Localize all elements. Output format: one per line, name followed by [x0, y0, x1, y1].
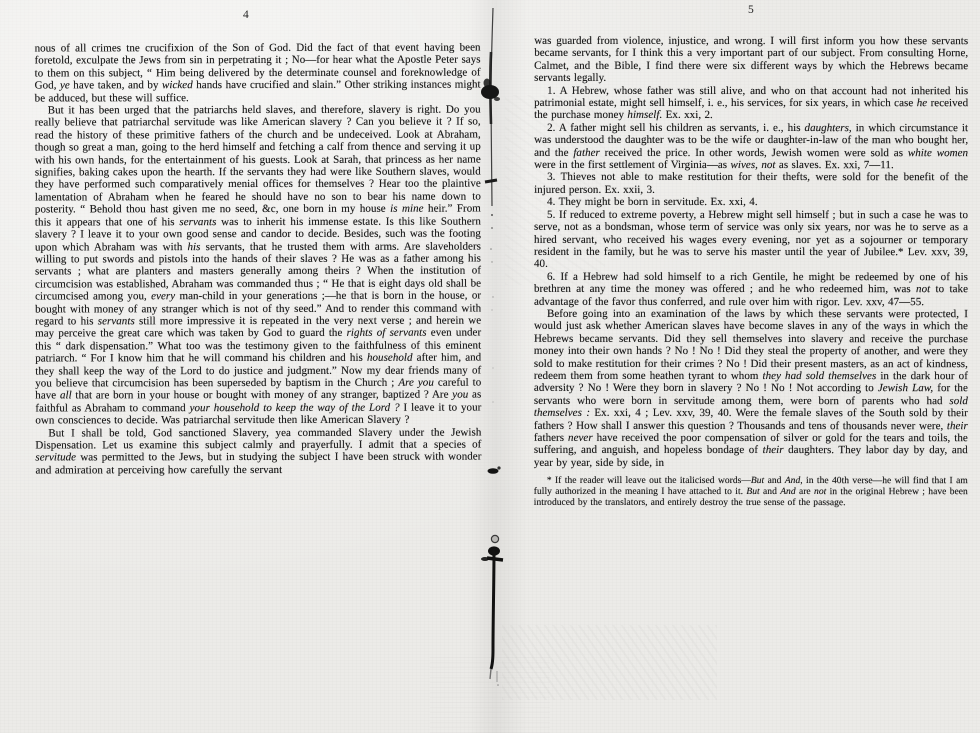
- text-run: were in the first settlement of Virginia…: [534, 159, 730, 171]
- list-item-4: 4. They might be born in servitude. Ex. …: [534, 196, 968, 209]
- italic-text-run: all: [60, 390, 72, 402]
- italic-text-run: is mine: [390, 203, 423, 215]
- paragraph: Before going into an examination of the …: [534, 308, 968, 470]
- text-run: fathers: [534, 432, 568, 444]
- italic-text-run: not: [814, 487, 826, 497]
- list-item-2: 2. A father might sell his children as s…: [534, 122, 968, 172]
- italic-text-run: servitude: [35, 452, 76, 464]
- right-page-text-column: was guarded from violence, injustice, an…: [534, 35, 968, 509]
- italic-text-run: Are you: [398, 377, 434, 389]
- italic-text-run: Jewish Law,: [878, 382, 933, 394]
- text-run: But it has been urged that the patriarch…: [35, 104, 481, 216]
- italic-text-run: white women: [908, 147, 968, 159]
- italic-text-run: And: [785, 476, 800, 486]
- italic-text-run: their: [947, 420, 968, 432]
- italic-text-run: never: [568, 432, 593, 444]
- italic-text-run: rights of servants: [347, 327, 427, 339]
- text-run: have taken, and by: [70, 79, 162, 91]
- text-run: * If the reader will leave out the itali…: [547, 476, 751, 486]
- text-run: received the price. In other words, Jewi…: [600, 147, 908, 159]
- italic-text-run: every: [151, 290, 175, 302]
- text-run: that are born in your house or bought wi…: [72, 389, 453, 402]
- paragraph: But it has been urged that the patriarch…: [35, 104, 482, 427]
- text-run: was permitted to the Jews, but in studyi…: [35, 451, 481, 476]
- scanned-paper-background: 4 5 nous of all crimes tne crucifixion o…: [0, 0, 980, 733]
- text-run: and: [760, 487, 781, 497]
- italic-text-run: But: [751, 476, 764, 486]
- italic-text-run: father: [573, 147, 600, 159]
- list-item-6: 6. If a Hebrew had sold himself to a ric…: [534, 271, 968, 309]
- text-run: and: [764, 476, 785, 486]
- text-run: Ex. xxi, 2.: [662, 109, 713, 121]
- text-run: 5. If reduced to extreme poverty, a Hebr…: [534, 209, 968, 271]
- text-run: are: [796, 487, 814, 497]
- italic-text-run: wicked: [162, 79, 193, 91]
- italic-text-run: ye: [60, 80, 70, 92]
- italic-text-run: himself.: [627, 109, 662, 121]
- paragraph: But I shall be told, God sanctioned Slav…: [35, 426, 481, 477]
- italic-text-run: wives, not: [731, 159, 776, 171]
- text-run: 6. If a Hebrew had sold himself to a ric…: [534, 271, 968, 296]
- binding-crease-ink-artifact: [460, 0, 520, 733]
- italic-text-run: not: [916, 283, 930, 295]
- text-run: 3. Thieves not able to make restitution …: [534, 171, 968, 196]
- paragraph: nous of all crimes tne crucifixion of th…: [35, 42, 481, 105]
- scan-noise-patch: [502, 625, 717, 700]
- italic-text-run: household: [367, 352, 413, 364]
- italic-text-run: servants: [179, 216, 216, 228]
- list-item-5: 5. If reduced to extreme poverty, a Hebr…: [534, 208, 968, 270]
- left-page-text-column: nous of all crimes tne crucifixion of th…: [35, 42, 482, 477]
- italic-text-run: daughters,: [805, 122, 852, 134]
- page-number-right: 5: [748, 4, 754, 16]
- text-run: was guarded from violence, injustice, an…: [534, 35, 968, 84]
- text-run: 2. A father might sell his children as s…: [547, 122, 804, 134]
- text-run: 1. A Hebrew, whose father was still aliv…: [534, 84, 968, 109]
- italic-text-run: But: [746, 487, 759, 497]
- italic-text-run: servants: [98, 315, 135, 327]
- italic-text-run: he: [917, 97, 927, 109]
- italic-text-run: And: [780, 487, 795, 497]
- italic-text-run: they had sold themselves: [763, 370, 877, 382]
- page-number-left: 4: [243, 9, 249, 21]
- footnote: * If the reader will leave out the itali…: [534, 476, 968, 509]
- text-run: as slaves. Ex. xxi, 7—11.: [776, 159, 894, 171]
- text-run: 4. They might be born in servitude. Ex. …: [547, 196, 758, 208]
- text-run: But I shall be told, God sanctioned Slav…: [35, 426, 481, 451]
- list-item-1: 1. A Hebrew, whose father was still aliv…: [534, 84, 968, 122]
- italic-text-run: his: [187, 241, 200, 253]
- italic-text-run: their: [763, 444, 784, 456]
- paragraph: was guarded from violence, injustice, an…: [534, 35, 968, 85]
- list-item-3: 3. Thieves not able to make restitution …: [534, 171, 968, 196]
- italic-text-run: your household to keep the way of the Lo…: [190, 401, 400, 413]
- text-run: Ex. xxi, 4 ; Lev. xxv, 39, 40. Were the …: [534, 407, 968, 432]
